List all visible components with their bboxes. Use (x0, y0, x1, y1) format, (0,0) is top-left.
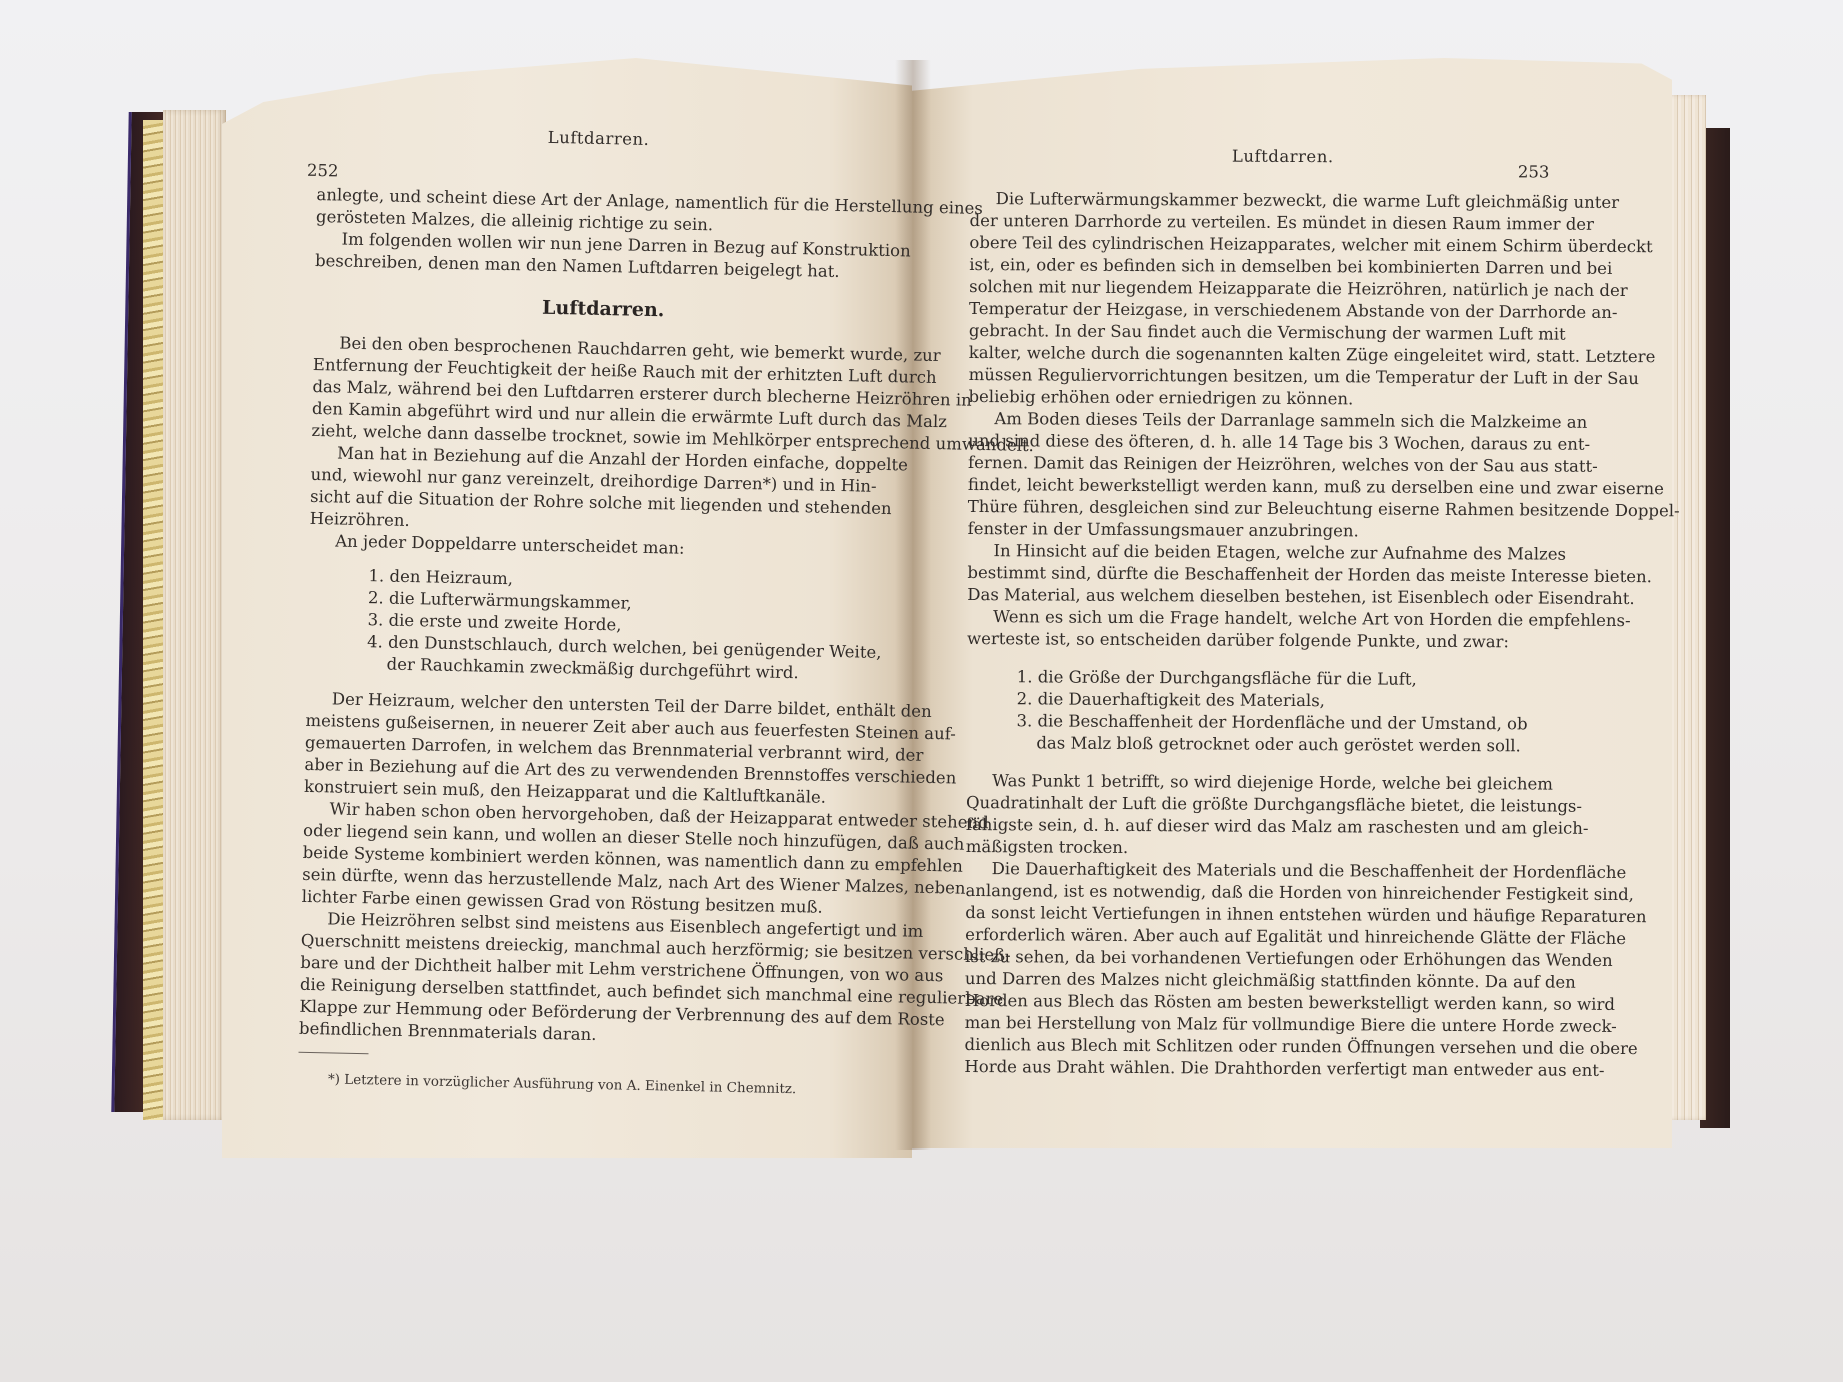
left-page-text: Luftdarren. 252 anlegte, und scheint die… (297, 122, 898, 1134)
page-block-left-edge (163, 110, 226, 1120)
text-line: An jeder Doppeldarre unterscheidet man: (335, 530, 685, 559)
text-line: mäßigsten trocken. (966, 836, 1129, 859)
footnote: *) Letztere in vorzüglicher Ausführung v… (328, 1068, 797, 1100)
list-item: 2. die Dauerhaftigkeit des Materials, (1017, 688, 1325, 712)
text-line: Heizröhren. (309, 508, 410, 532)
marbled-endpaper (143, 120, 163, 1120)
footnote-rule (299, 1052, 369, 1054)
list-item: 1. den Heizraum, (368, 565, 513, 590)
section-heading: Luftdarren. (542, 297, 665, 322)
page-number: 253 (1518, 161, 1550, 183)
list-item: das Malz bloß getrocknet oder auch gerös… (1036, 732, 1521, 757)
list-item: 3. die Beschaffenheit der Hordenfläche u… (1016, 710, 1527, 735)
running-head: Luftdarren. (1232, 146, 1334, 169)
open-book-photo: Luftdarren. 252 anlegte, und scheint die… (0, 0, 1843, 1382)
right-page-text: Luftdarren. 253 Die Lufterwärmungskammer… (964, 150, 1570, 1154)
running-head: Luftdarren. (547, 127, 649, 151)
text-line: beliebig erhöhen oder erniedrigen zu kön… (968, 386, 1353, 410)
list-item: 1. die Größe der Durchgangsfläche für di… (1017, 666, 1417, 690)
text-line: Horde aus Draht wählen. Die Drahthorden … (964, 1056, 1604, 1082)
text-line: fenster in der Umfassungsmauer anzubring… (968, 518, 1359, 542)
page-number: 252 (307, 160, 339, 183)
text-line: werteste ist, so entscheiden darüber fol… (967, 628, 1509, 653)
